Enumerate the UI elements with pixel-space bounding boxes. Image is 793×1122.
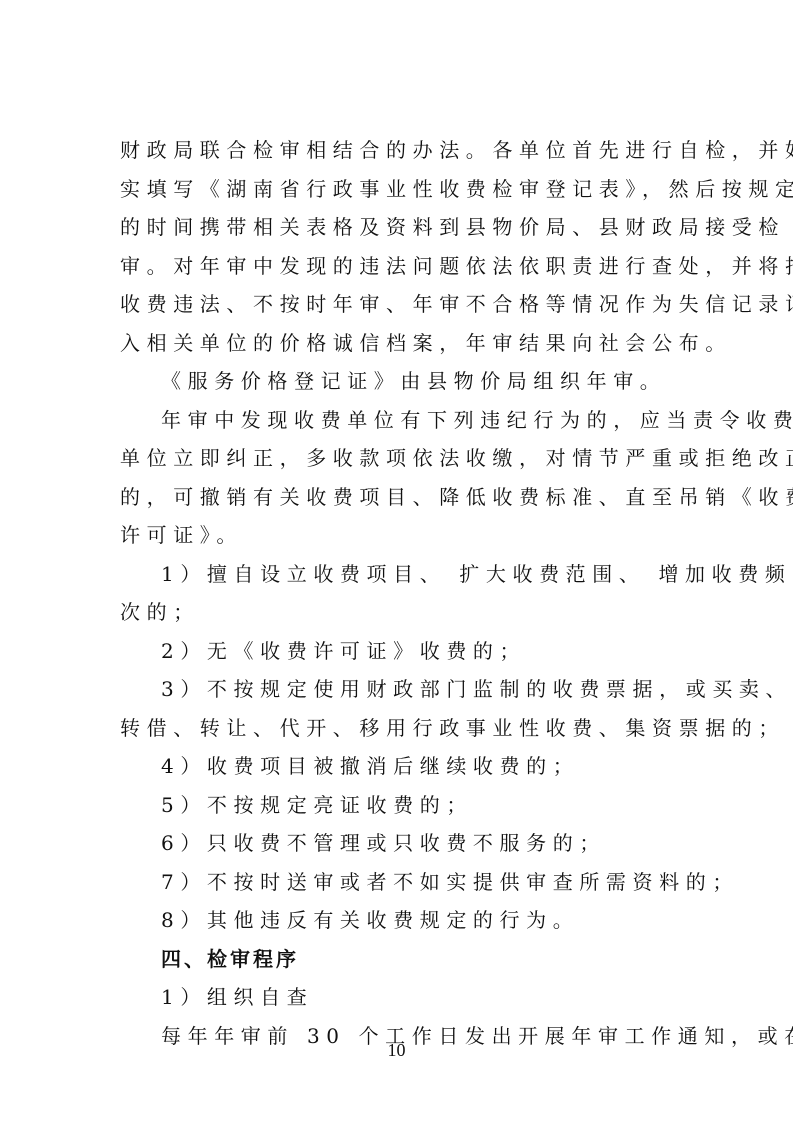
section-heading: 四、检审程序 (161, 945, 685, 973)
list-item: 1）擅自设立收费项目、 扩大收费范围、 增加收费频 (161, 560, 685, 588)
list-item: 4）收费项目被撤消后继续收费的； (161, 752, 685, 780)
paragraph-line: 许可证》。 (120, 521, 685, 549)
list-item: 次的； (120, 598, 685, 626)
list-item: 8）其他违反有关收费规定的行为。 (161, 906, 685, 934)
paragraph-line: 年审中发现收费单位有下列违纪行为的，应当责令收费 (161, 406, 685, 434)
paragraph-line: 实填写《湖南省行政事业性收费检审登记表》，然后按规定 (120, 175, 685, 203)
subsection-heading: 1）组织自查 (161, 983, 685, 1011)
page-number: 10 (0, 1040, 793, 1061)
paragraph-line: 单位立即纠正，多收款项依法收缴，对情节严重或拒绝改正 (120, 444, 685, 472)
paragraph-line: 的时间携带相关表格及资料到县物价局、县财政局接受检 (120, 213, 685, 241)
paragraph-line: 审。对年审中发现的违法问题依法依职责进行查处，并将把 (120, 252, 685, 280)
list-item: 3）不按规定使用财政部门监制的收费票据，或买卖、 (161, 675, 685, 703)
list-item: 转借、转让、代开、移用行政事业性收费、集资票据的； (120, 714, 685, 742)
list-item: 5）不按规定亮证收费的； (161, 791, 685, 819)
paragraph-line: 入相关单位的价格诚信档案，年审结果向社会公布。 (120, 329, 685, 357)
paragraph-line: 的，可撤销有关收费项目、降低收费标准、直至吊销《收费 (120, 483, 685, 511)
list-item: 6）只收费不管理或只收费不服务的； (161, 829, 685, 857)
list-item: 7）不按时送审或者不如实提供审查所需资料的； (161, 868, 685, 896)
paragraph-line: 财政局联合检审相结合的办法。各单位首先进行自检，并如 (120, 136, 685, 164)
paragraph-line: 收费违法、不按时年审、年审不合格等情况作为失信记录记 (120, 290, 685, 318)
document-page: 财政局联合检审相结合的办法。各单位首先进行自检，并如 实填写《湖南省行政事业性收… (0, 0, 793, 1122)
paragraph-line: 《服务价格登记证》由县物价局组织年审。 (161, 367, 685, 395)
list-item: 2）无《收费许可证》收费的； (161, 637, 685, 665)
